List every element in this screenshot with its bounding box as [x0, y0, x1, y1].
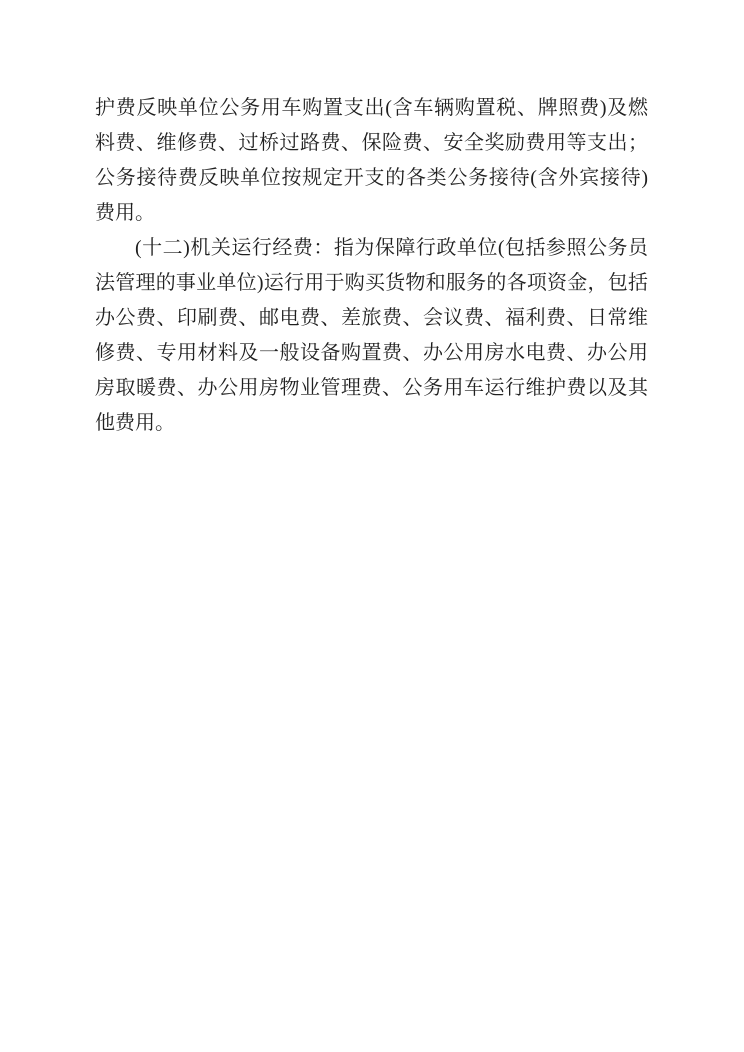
text-line: 公务接待费反映单位按规定开支的各类公务接待(含外宾接待): [95, 161, 648, 196]
text-line: 修费、专用材料及一般设备购置费、办公用房水电费、办公用: [95, 336, 648, 371]
text-line: 他费用。: [95, 406, 648, 441]
paragraph: 护费反映单位公务用车购置支出(含车辆购置税、牌照费)及燃料费、维修费、过桥过路费…: [95, 91, 648, 231]
document-text: 护费反映单位公务用车购置支出(含车辆购置税、牌照费)及燃料费、维修费、过桥过路费…: [95, 91, 648, 441]
text-line: 料费、维修费、过桥过路费、保险费、安全奖励费用等支出；: [95, 126, 648, 161]
text-line: 法管理的事业单位)运行用于购买货物和服务的各项资金，包括: [95, 266, 648, 301]
paragraph: (十二)机关运行经费：指为保障行政单位(包括参照公务员法管理的事业单位)运行用于…: [95, 231, 648, 441]
text-line: 办公费、印刷费、邮电费、差旅费、会议费、福利费、日常维: [95, 301, 648, 336]
text-line: 房取暖费、办公用房物业管理费、公务用车运行维护费以及其: [95, 371, 648, 406]
document-page: 护费反映单位公务用车购置支出(含车辆购置税、牌照费)及燃料费、维修费、过桥过路费…: [0, 0, 744, 1052]
text-line: (十二)机关运行经费：指为保障行政单位(包括参照公务员: [95, 231, 648, 266]
text-line: 护费反映单位公务用车购置支出(含车辆购置税、牌照费)及燃: [95, 91, 648, 126]
text-line: 费用。: [95, 196, 648, 231]
